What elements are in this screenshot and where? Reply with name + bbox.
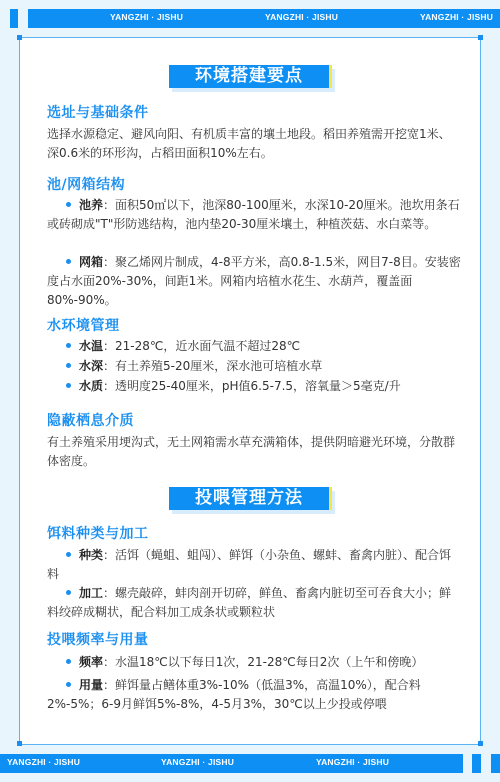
frame-corner-dot <box>478 741 483 746</box>
subsection-title-pond-structure: 池/网箱结构 <box>47 174 125 194</box>
subsection-title-feed-types: 饵料种类与加工 <box>47 523 149 543</box>
top-watermark-band: YANGZHI · JISHU YANGZHI · JISHU YANGZHI … <box>10 9 500 28</box>
list-item-feed-processing: 加工：螺壳敲碎，蚌肉剖开切碎，鲜鱼、畜禽内脏切至可吞食大小；鲜料绞碎成糊状，配合… <box>47 584 462 622</box>
band-stub <box>491 754 500 773</box>
bullet-icon <box>66 343 71 348</box>
frame-corner-dot <box>478 35 483 40</box>
watermark-text: YANGZHI · JISHU <box>265 12 338 22</box>
bullet-icon <box>66 590 71 595</box>
subsection-title-site-selection: 选址与基础条件 <box>47 102 149 122</box>
watermark-text: YANGZHI · JISHU <box>316 757 389 767</box>
list-item-water-temp: 水温：21-28℃，近水面气温不超过28℃ <box>47 337 462 356</box>
subsection-title-water-management: 水环境管理 <box>47 315 120 335</box>
band-stub <box>472 754 481 773</box>
bullet-icon <box>66 363 71 368</box>
subsection-title-feeding-frequency: 投喂频率与用量 <box>47 629 149 649</box>
bullet-icon <box>66 259 71 264</box>
band-stub <box>10 9 18 28</box>
paragraph-site-selection: 选择水源稳定、避风向阳、有机质丰富的壤土地段。稻田养殖需开挖宽1米、深0.6米的… <box>47 125 462 163</box>
bottom-watermark-band: YANGZHI · JISHU YANGZHI · JISHU YANGZHI … <box>0 754 500 773</box>
list-item-feed-types: 种类：活饵（蝇蛆、蛆闯）、鲜饵（小杂鱼、螺蚌、畜禽内脏）、配合饵料 <box>47 546 462 584</box>
section-banner-environment: 环境搭建要点 <box>169 65 332 88</box>
list-item-net-cage: 网箱：聚乙烯网片制成，4-8平方米，高0.8-1.5米，网目7-8目。安装密度占… <box>47 253 462 310</box>
subsection-title-shelter-media: 隐蔽栖息介质 <box>47 410 134 430</box>
frame-corner-dot <box>17 35 22 40</box>
watermark-text: YANGZHI · JISHU <box>110 12 183 22</box>
bullet-icon <box>66 682 71 687</box>
list-item-water-depth: 水深：有土养殖5-20厘米，深水池可培植水草 <box>47 357 462 376</box>
bullet-icon <box>66 202 71 207</box>
watermark-text: YANGZHI · JISHU <box>420 12 493 22</box>
paragraph-shelter-media: 有土养殖采用埂沟式，无土网箱需水草充满箱体，提供阴暗避光环境，分散群体密度。 <box>47 433 462 471</box>
bullet-icon <box>66 659 71 664</box>
section-banner-feeding: 投喂管理方法 <box>169 487 332 510</box>
bullet-icon <box>66 552 71 557</box>
frame-corner-dot <box>17 741 22 746</box>
list-item-pond: 池养：面积50㎡以下，池深80-100厘米，水深10-20厘米。池坎用条石或砖砌… <box>47 196 462 234</box>
list-item-water-quality: 水质：透明度25-40厘米，pH值6.5-7.5，溶氧量＞5毫克/升 <box>47 377 462 396</box>
watermark-text: YANGZHI · JISHU <box>7 757 80 767</box>
list-item-dosage: 用量：鲜饵量占鳝体重3%-10%（低温3%，高温10%），配合料2%-5%；6-… <box>47 676 462 714</box>
watermark-text: YANGZHI · JISHU <box>161 757 234 767</box>
list-item-frequency: 频率：水温18℃以下每日1次，21-28℃每日2次（上午和傍晚） <box>47 653 462 672</box>
bullet-icon <box>66 383 71 388</box>
